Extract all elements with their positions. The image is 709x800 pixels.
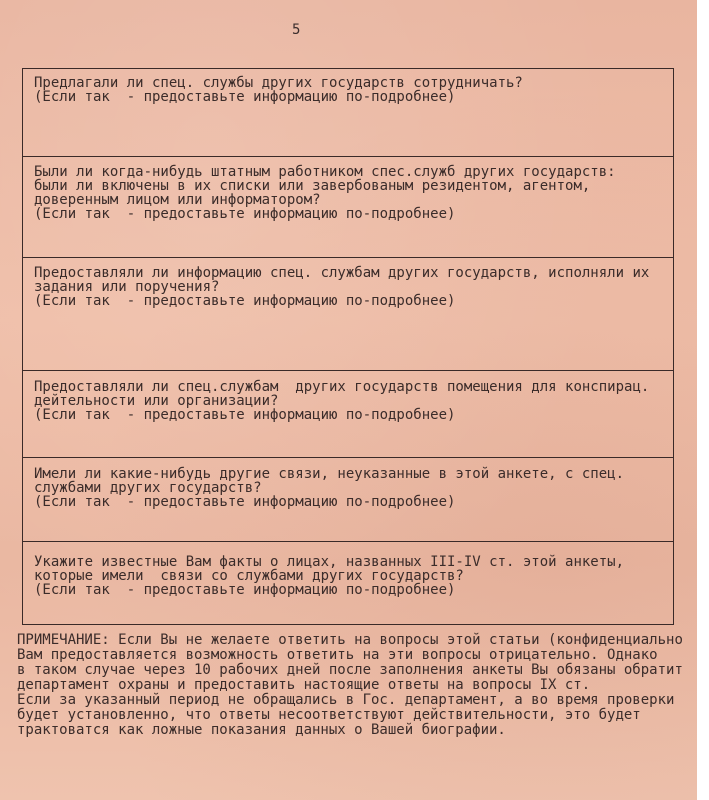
note-text: Вам предоставляется возможность ответить…	[17, 648, 707, 663]
questionnaire-table: Предлагали ли спец. службы других госуда…	[22, 68, 674, 625]
note-first-line: ПРИМЕЧАНИЕ: Если Вы не желаете ответить …	[17, 633, 707, 648]
question-text: Предоставляли ли информацию спец. служба…	[34, 266, 673, 280]
question-cell: Предоставляли ли спец.службам других гос…	[23, 371, 673, 458]
question-text: Укажите известные Вам факты о лицах, наз…	[34, 555, 673, 569]
question-instruction: (Если так - предоставьте информацию по-п…	[34, 90, 673, 104]
question-text: Предоставляли ли спец.службам других гос…	[34, 380, 673, 394]
question-text: которые имели связи со службами других г…	[34, 569, 673, 583]
question-text: службами других государств?	[34, 481, 673, 495]
document-page: 5 Предлагали ли спец. службы других госу…	[0, 0, 697, 800]
note-label: ПРИМЕЧАНИЕ:	[17, 632, 110, 648]
note-text: будет установленно, что ответы несоответ…	[17, 708, 707, 723]
note-text: департамент охраны и предоставить настоя…	[17, 678, 707, 693]
note-section: ПРИМЕЧАНИЕ: Если Вы не желаете ответить …	[17, 633, 707, 738]
note-text: Если за указанный период не обращались в…	[17, 693, 707, 708]
page-number: 5	[292, 22, 300, 38]
question-instruction: (Если так - предоставьте информацию по-п…	[34, 207, 673, 221]
question-text: были ли включены в их списки или завербо…	[34, 179, 673, 193]
question-instruction: (Если так - предоставьте информацию по-п…	[34, 408, 673, 422]
question-cell: Были ли когда-нибудь штатным работником …	[23, 157, 673, 258]
question-cell: Предоставляли ли информацию спец. служба…	[23, 258, 673, 371]
question-cell: Предлагали ли спец. службы других госуда…	[23, 69, 673, 157]
note-text: в таком случае через 10 рабочих дней пос…	[17, 663, 707, 678]
question-text: доверенным лицом или информатором?	[34, 193, 673, 207]
note-text: трактоватся как ложные показания данных …	[17, 723, 707, 738]
question-cell: Укажите известные Вам факты о лицах, наз…	[23, 542, 673, 626]
question-instruction: (Если так - предоставьте информацию по-п…	[34, 294, 673, 308]
note-text: Если Вы не желаете ответить на вопросы э…	[110, 632, 683, 648]
question-text: Имели ли какие-нибудь другие связи, неук…	[34, 467, 673, 481]
question-text: задания или поручения?	[34, 280, 673, 294]
question-text: дейтельности или организации?	[34, 394, 673, 408]
question-text: Были ли когда-нибудь штатным работником …	[34, 165, 673, 179]
question-instruction: (Если так - предоставьте информацию по-п…	[34, 583, 673, 597]
question-cell: Имели ли какие-нибудь другие связи, неук…	[23, 458, 673, 542]
question-instruction: (Если так - предоставьте информацию по-п…	[34, 495, 673, 509]
question-text: Предлагали ли спец. службы других госуда…	[34, 76, 673, 90]
